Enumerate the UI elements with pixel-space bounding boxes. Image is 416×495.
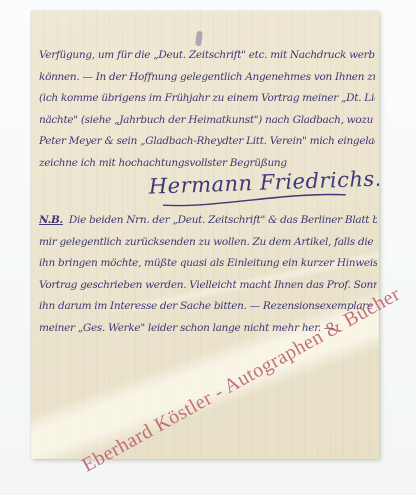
scan-background: Verfügung, um für die „Deut. Zeitschrift… [0, 0, 416, 495]
handwritten-line: ihn bringen möchte, müßte quasi als Einl… [39, 253, 377, 275]
handwritten-line: Peter Meyer & sein „Gladbach-Rheydter Li… [39, 131, 375, 153]
handwritten-line: nächte" (siehe „Jahrbuch der Heimatkunst… [39, 110, 375, 132]
handwritten-line: Verfügung, um für die „Deut. Zeitschrift… [39, 45, 375, 67]
handwritten-line: können. — In der Hoffnung gelegentlich A… [39, 67, 375, 89]
handwritten-line: N.B.Die beiden Nrn. der „Deut. Zeitschri… [39, 210, 377, 232]
postscript-label: N.B. [39, 214, 63, 226]
signature-block: Hermann Friedrichs. [148, 167, 359, 209]
handwritten-line: (ich komme übrigens im Frühjahr zu einem… [39, 88, 375, 110]
handwritten-line: ihn darum im Interesse der Sache bitten.… [39, 296, 377, 318]
handwritten-line: mir gelegentlich zurücksenden zu wollen.… [39, 232, 377, 254]
letter-body: Verfügung, um für die „Deut. Zeitschrift… [39, 45, 375, 174]
handwritten-line: Vortrag geschrieben werden. Vielleicht m… [39, 275, 377, 297]
postscript-line-text: Die beiden Nrn. der „Deut. Zeitschrift" … [69, 214, 377, 226]
